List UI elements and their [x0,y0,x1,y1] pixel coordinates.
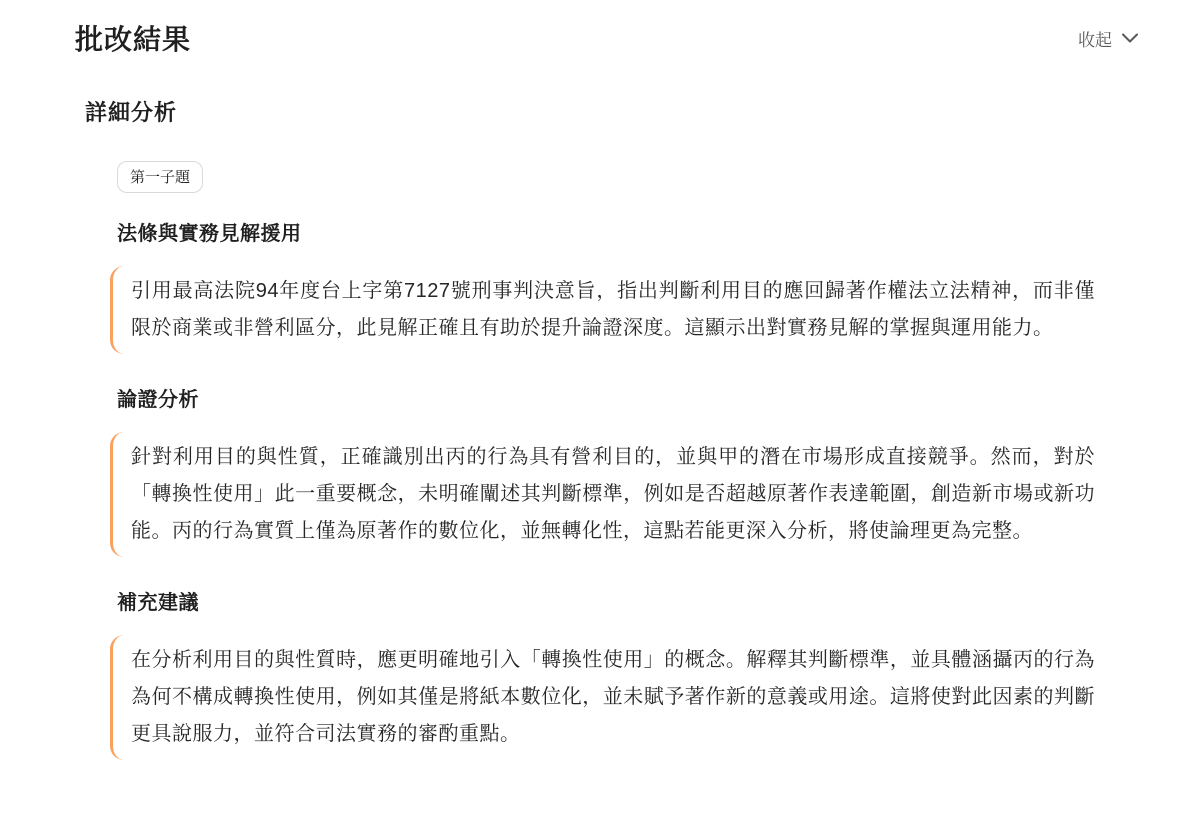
panel-header: 批改結果 收起 [75,18,1140,58]
subquestion-badge[interactable]: 第一子題 [117,161,203,193]
page-title: 批改結果 [75,18,191,58]
subsection-heading-legal-citation: 法條與實務見解援用 [117,217,1140,246]
collapse-button[interactable]: 收起 [1076,22,1140,55]
collapse-button-label: 收起 [1078,26,1112,51]
grading-result-panel: 批改結果 收起 詳細分析 第一子題 法條與實務見解援用 引用最高法院94年度台上… [0,0,1200,826]
subsection-heading-argument-analysis: 論證分析 [117,383,1140,412]
analysis-quote-text: 針對利用目的與性質，正確識別出丙的行為具有營利目的，並與甲的潛在市場形成直接競爭… [131,439,1095,550]
analysis-quote-argument-analysis: 針對利用目的與性質，正確識別出丙的行為具有營利目的，並與甲的潛在市場形成直接競爭… [110,432,1095,557]
analysis-quote-text: 引用最高法院94年度台上字第7127號刑事判決意旨，指出判斷利用目的應回歸著作權… [131,273,1095,347]
subsection-heading-supplementary-advice: 補充建議 [117,586,1140,615]
analysis-quote-text: 在分析利用目的與性質時，應更明確地引入「轉換性使用」的概念。解釋其判斷標準，並具… [131,642,1095,753]
analysis-quote-legal-citation: 引用最高法院94年度台上字第7127號刑事判決意旨，指出判斷利用目的應回歸著作權… [110,266,1095,354]
chevron-down-icon [1122,33,1138,43]
analysis-quote-supplementary-advice: 在分析利用目的與性質時，應更明確地引入「轉換性使用」的概念。解釋其判斷標準，並具… [110,635,1095,760]
section-title-detailed-analysis: 詳細分析 [85,96,1140,127]
